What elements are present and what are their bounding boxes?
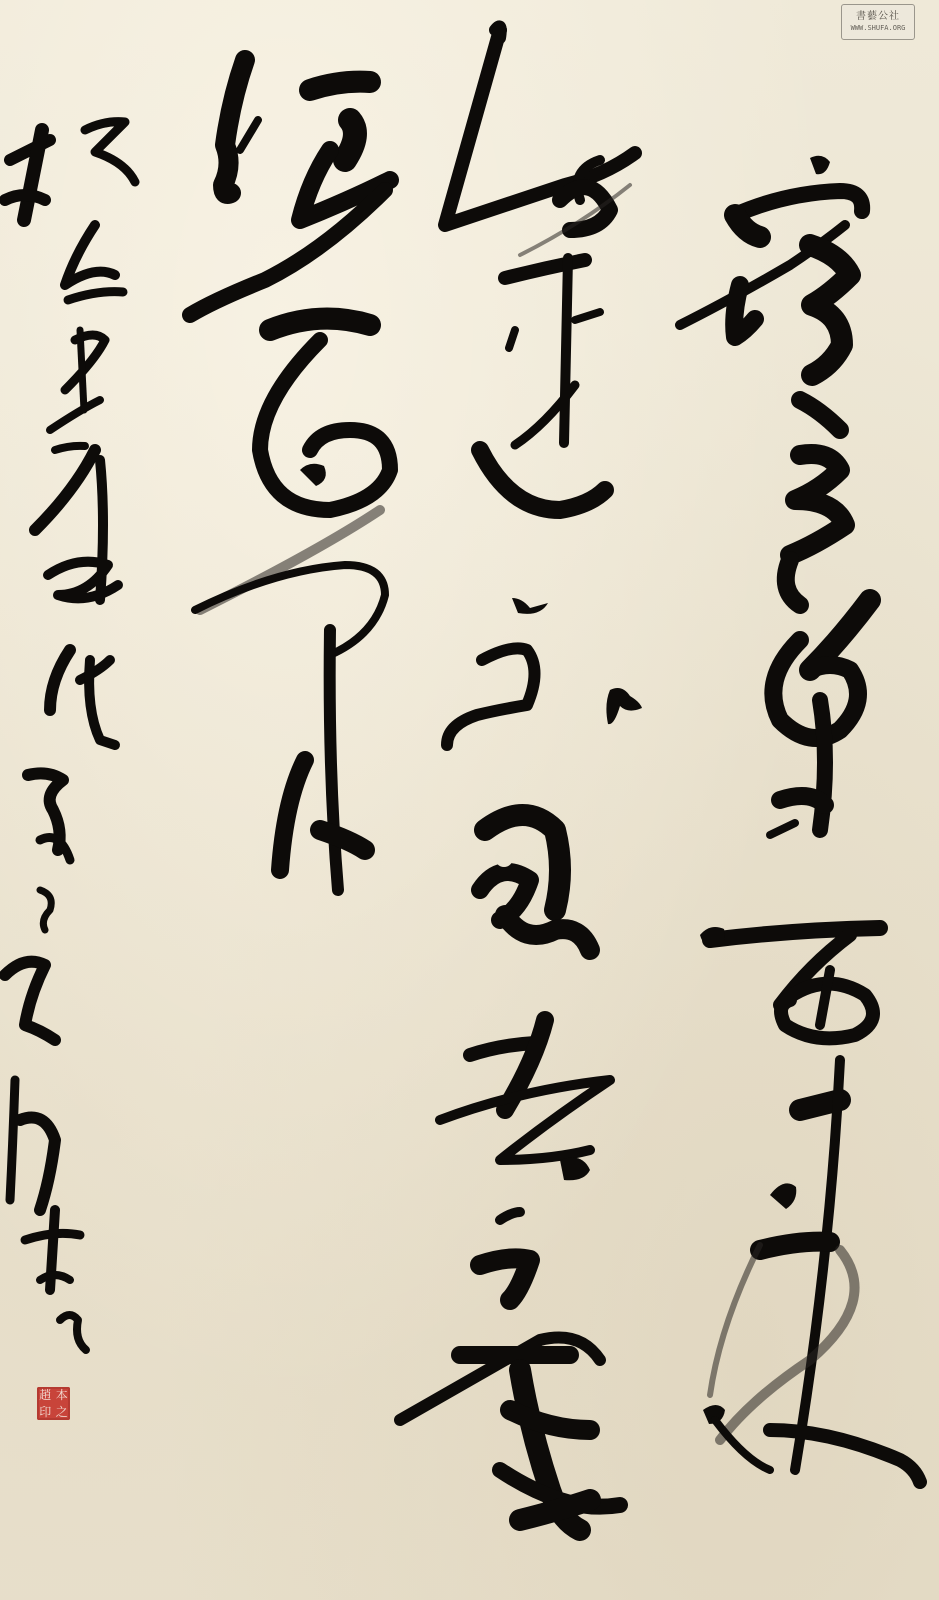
column-3-characters (190, 60, 390, 890)
calligraphy-ink-strokes (0, 0, 939, 1600)
watermark-chinese-text: 書藝公社 (856, 11, 900, 23)
seal-character: 印 (39, 1405, 51, 1419)
column-1-characters (680, 156, 920, 1482)
watermark-url-text: WWW.SHUFA.ORG (851, 23, 906, 33)
calligraphy-scroll: 書藝公社 WWW.SHUFA.ORG 趙 本 印 之 Chinese cursi… (0, 0, 939, 1600)
seal-character: 之 (56, 1405, 68, 1419)
seal-character: 趙 (39, 1388, 51, 1402)
red-seal-stamp: 趙 本 印 之 (37, 1387, 70, 1420)
watermark-badge: 書藝公社 WWW.SHUFA.ORG (841, 4, 915, 40)
seal-character: 本 (56, 1388, 68, 1402)
inscription-column (5, 122, 135, 1350)
column-2-characters (400, 26, 642, 1530)
